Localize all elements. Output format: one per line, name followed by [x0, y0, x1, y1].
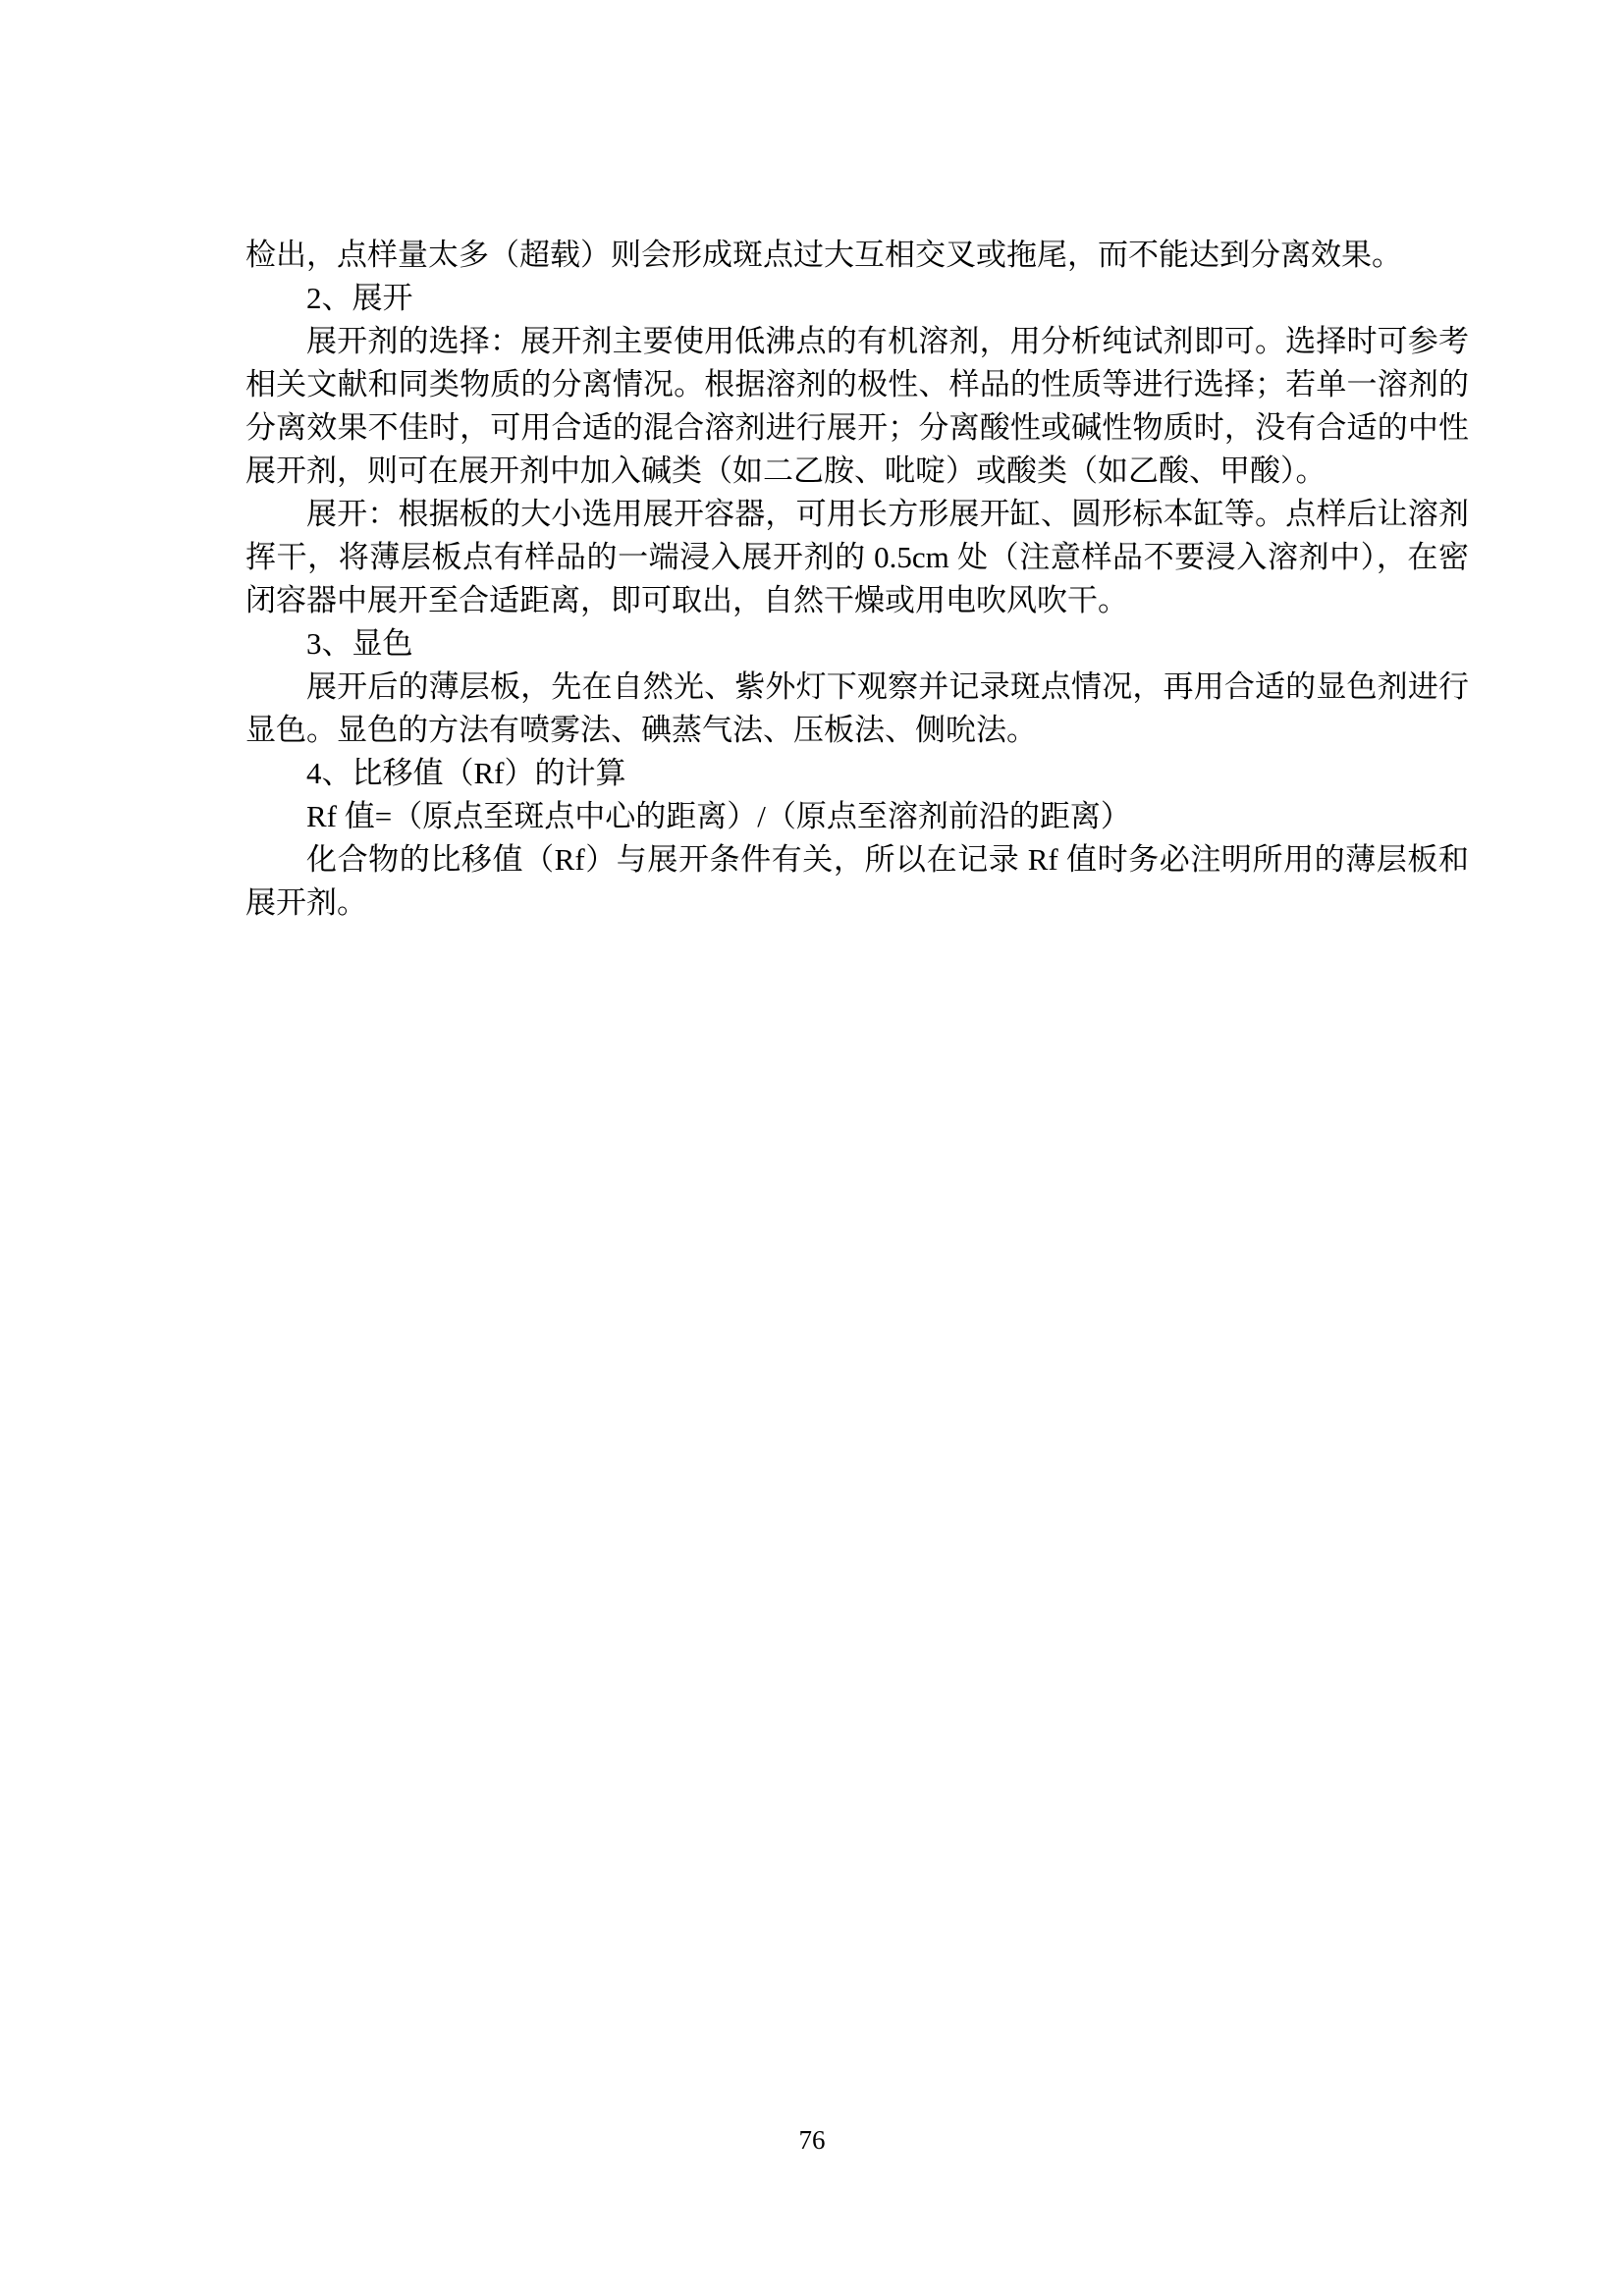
- document-page: 检出，点样量太多（超载）则会形成斑点过大互相交叉或拖尾，而不能达到分离效果。2、…: [0, 0, 1624, 2296]
- page-number: 76: [799, 2125, 826, 2155]
- paragraph: 化合物的比移值（Rf）与展开条件有关，所以在记录 Rf 值时务必注明所用的薄层板…: [245, 838, 1469, 925]
- paragraph: 展开后的薄层板，先在自然光、紫外灯下观察并记录斑点情况，再用合适的显色剂进行显色…: [245, 666, 1469, 752]
- paragraph: 3、显色: [245, 622, 1469, 666]
- paragraph: 4、比移值（Rf）的计算: [245, 752, 1469, 795]
- paragraph: 2、展开: [245, 277, 1469, 320]
- text-block: 检出，点样量太多（超载）则会形成斑点过大互相交叉或拖尾，而不能达到分离效果。2、…: [245, 234, 1469, 925]
- paragraph: 展开：根据板的大小选用展开容器，可用长方形展开缸、圆形标本缸等。点样后让溶剂挥干…: [245, 493, 1469, 622]
- paragraph: Rf 值=（原点至斑点中心的距离）/（原点至溶剂前沿的距离）: [245, 795, 1469, 838]
- page-footer: 76: [0, 2123, 1624, 2157]
- paragraph: 展开剂的选择：展开剂主要使用低沸点的有机溶剂，用分析纯试剂即可。选择时可参考相关…: [245, 320, 1469, 493]
- paragraph: 检出，点样量太多（超载）则会形成斑点过大互相交叉或拖尾，而不能达到分离效果。: [245, 234, 1469, 277]
